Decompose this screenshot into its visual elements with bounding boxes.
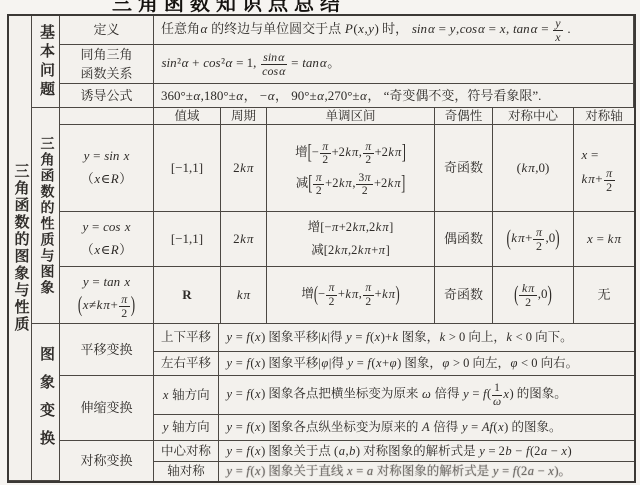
tan-function-name: y = tan x (x≠kπ+π2) [60, 267, 154, 324]
outer-section-label: 三角函数的图象与性质 [9, 16, 32, 481]
section-label-basics: 基本问题 [32, 16, 60, 108]
identities-content: sin²α + cos²α = 1, sinαcosα = tanα。 [154, 45, 634, 84]
group-label-scaling: 伸缩变换 [60, 376, 154, 441]
header-parity: 奇偶性 [435, 108, 493, 125]
tan-period: kπ [221, 267, 267, 324]
sin-period: 2kπ [221, 125, 267, 212]
section-label-transforms: 图象变换 [32, 324, 60, 481]
header-range: 值域 [154, 108, 221, 125]
group-label-translation: 平移变换 [60, 324, 154, 376]
sin-symmetry-center: (kπ,0) [493, 125, 574, 212]
sin-function-name: y = sin x （x∈R） [60, 125, 154, 212]
sub-label-x-axis-scaling: x 轴方向 [154, 376, 219, 415]
point-symmetry-content: y = f(x) 图象关于点 (a,b) 对称图象的解析式是 y = 2b − … [219, 441, 634, 462]
cos-monotonic-intervals: 增[−π+2kπ,2kπ] 减[2kπ,2kπ+π] [267, 212, 435, 267]
tan-monotonic-intervals: 增(−π2+kπ,π2+kπ) [267, 267, 435, 324]
cos-range: [−1,1] [154, 212, 221, 267]
group-label-symmetry: 对称变换 [60, 441, 154, 481]
cropped-top-title-text: 三角函数知识点总结 [112, 0, 346, 13]
cos-parity: 偶函数 [435, 212, 493, 267]
sub-label-horizontal-shift: 左右平移 [154, 352, 219, 376]
definition-content: 任意角α 的终边与单位圆交于点 P(x,y) 时， sinα = y,cosα … [154, 16, 634, 45]
sin-range: [−1,1] [154, 125, 221, 212]
header-empty-cell [60, 108, 154, 125]
row-label-identities: 同角三角 函数关系 [60, 45, 154, 84]
tan-symmetry-axis: 无 [574, 267, 634, 324]
sub-label-point-symmetry: 中心对称 [154, 441, 219, 462]
sin-monotonic-intervals: 增[−π2+2kπ,π2+2kπ] 减[π2+2kπ,3π2+2kπ] [267, 125, 435, 212]
trig-summary-table: 三角函数的图象与性质 基本问题 三角函数的性质与图象 图象变换 定义 任意角α … [7, 14, 636, 483]
tan-symmetry-center: (kπ2,0) [493, 267, 574, 324]
x-axis-scaling-content: y = f(x) 图象各点把横坐标变为原来 ω 倍得 y = f(1ωx) 的图… [219, 376, 634, 415]
tan-parity: 奇函数 [435, 267, 493, 324]
scanned-math-reference-sheet: 三角函数知识点总结 三角函数的图象与性质 基本问题 三角函数的性质与图象 图象变… [0, 0, 640, 485]
header-monotonic-intervals: 单调区间 [267, 108, 435, 125]
cos-symmetry-axis: x = kπ [574, 212, 634, 267]
induction-formulas-content: 360°±α,180°±α， −α， 90°±α,270°±α， “奇变偶不变，… [154, 84, 634, 108]
sub-label-axis-symmetry: 轴对称 [154, 462, 219, 481]
sin-symmetry-axis: x = kπ+π2 [574, 125, 634, 212]
sin-parity: 奇函数 [435, 125, 493, 212]
row-label-definition: 定义 [60, 16, 154, 45]
section-label-properties: 三角函数的性质与图象 [32, 108, 60, 324]
cos-period: 2kπ [221, 212, 267, 267]
sub-label-vertical-shift: 上下平移 [154, 324, 219, 352]
row-label-induction-formulas: 诱导公式 [60, 84, 154, 108]
sub-label-y-axis-scaling: y 轴方向 [154, 415, 219, 441]
cos-function-name: y = cos x （x∈R） [60, 212, 154, 267]
vertical-shift-content: y = f(x) 图象平移|k|得 y = f(x)+k 图象，k > 0 向上… [219, 324, 634, 352]
y-axis-scaling-content: y = f(x) 图象各点纵坐标变为原来的 A 倍得 y = Af(x) 的图象… [219, 415, 634, 441]
header-symmetry-center: 对称中心 [493, 108, 574, 125]
cropped-top-title: 三角函数知识点总结 [0, 0, 640, 13]
header-symmetry-axis: 对称轴 [574, 108, 634, 125]
header-period: 周期 [221, 108, 267, 125]
cos-symmetry-center: (kπ+π2,0) [493, 212, 574, 267]
horizontal-shift-content: y = f(x) 图象平移|φ|得 y = f(x+φ) 图象，φ > 0 向左… [219, 352, 634, 376]
axis-symmetry-content: y = f(x) 图象关于直线 x = a 对称图象的解析式是 y = f(2a… [219, 462, 634, 481]
tan-range: R [154, 267, 221, 324]
